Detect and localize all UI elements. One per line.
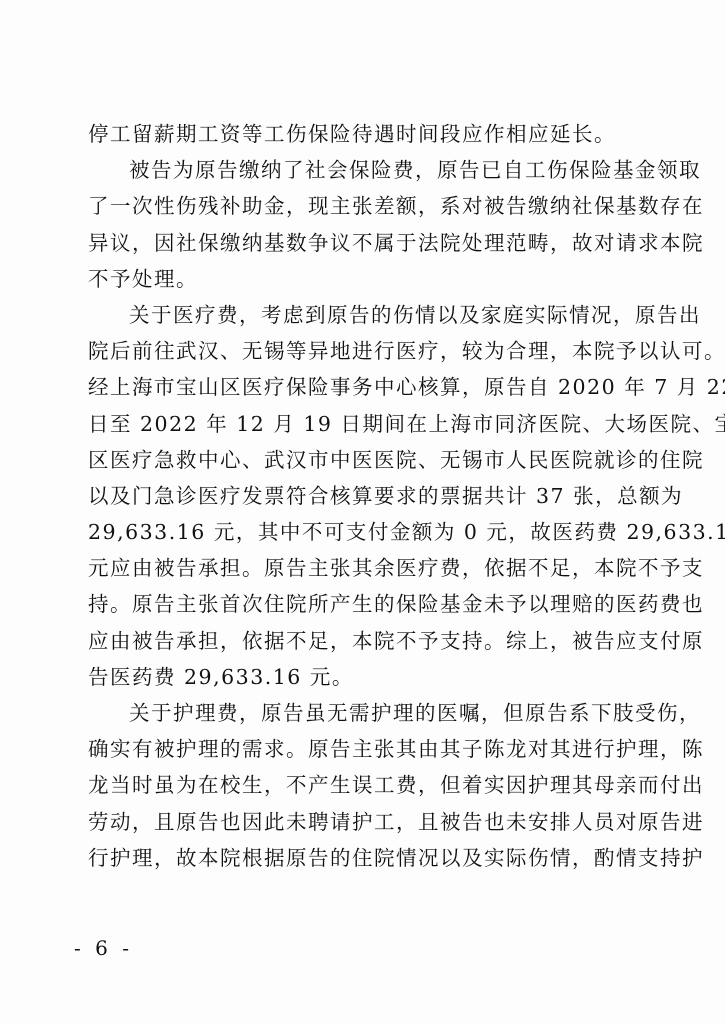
text-line: 龙当时虽为在校生，不产生误工费，但着实因护理其母亲而付出 [88, 767, 648, 803]
text-line: 了一次性伤残补助金，现主张差额，系对被告缴纳社保基数存在 [88, 188, 648, 224]
text-line: 劳动，且原告也因此未聘请护工，且被告也未安排人员对原告进 [88, 804, 648, 840]
text-line: 日至 2022 年 12 月 19 日期间在上海市同济医院、大场医院、宝山 [88, 406, 648, 442]
text-line: 告医药费 29,633.16 元。 [88, 659, 648, 695]
text-line: 行护理，故本院根据原告的住院情况以及实际伤情，酌情支持护 [88, 840, 648, 876]
text-line: 确实有被护理的需求。原告主张其由其子陈龙对其进行护理，陈 [88, 731, 648, 767]
text-line: 持。原告主张首次住院所产生的保险基金未予以理赔的医药费也 [88, 586, 648, 622]
text-line: 院后前往武汉、无锡等异地进行医疗，较为合理，本院予以认可。 [88, 333, 648, 369]
page-number: - 6 - [74, 936, 133, 960]
text-line: 异议，因社保缴纳基数争议不属于法院处理范畴，故对请求本院 [88, 225, 648, 261]
text-line: 关于医疗费，考虑到原告的伤情以及家庭实际情况，原告出 [88, 297, 648, 333]
body-text: 停工留薪期工资等工伤保险待遇时间段应作相应延长。 被告为原告缴纳了社会保险费，原… [88, 116, 648, 876]
text-line: 被告为原告缴纳了社会保险费，原告已自工伤保险基金领取 [88, 152, 648, 188]
text-line: 关于护理费，原告虽无需护理的医嘱，但原告系下肢受伤， [88, 695, 648, 731]
text-line: 应由被告承担，依据不足，本院不予支持。综上，被告应支付原 [88, 623, 648, 659]
text-line: 经上海市宝山区医疗保险事务中心核算，原告自 2020 年 7 月 22 [88, 369, 648, 405]
text-line: 不予处理。 [88, 261, 648, 297]
document-page: 停工留薪期工资等工伤保险待遇时间段应作相应延长。 被告为原告缴纳了社会保险费，原… [0, 0, 725, 1024]
text-line: 元应由被告承担。原告主张其余医疗费，依据不足，本院不予支 [88, 550, 648, 586]
text-line: 以及门急诊医疗发票符合核算要求的票据共计 37 张，总额为 [88, 478, 648, 514]
text-line: 停工留薪期工资等工伤保险待遇时间段应作相应延长。 [88, 116, 648, 152]
text-line: 29,633.16 元，其中不可支付金额为 0 元，故医药费 29,633.16 [88, 514, 648, 550]
text-line: 区医疗急救中心、武汉市中医医院、无锡市人民医院就诊的住院 [88, 442, 648, 478]
